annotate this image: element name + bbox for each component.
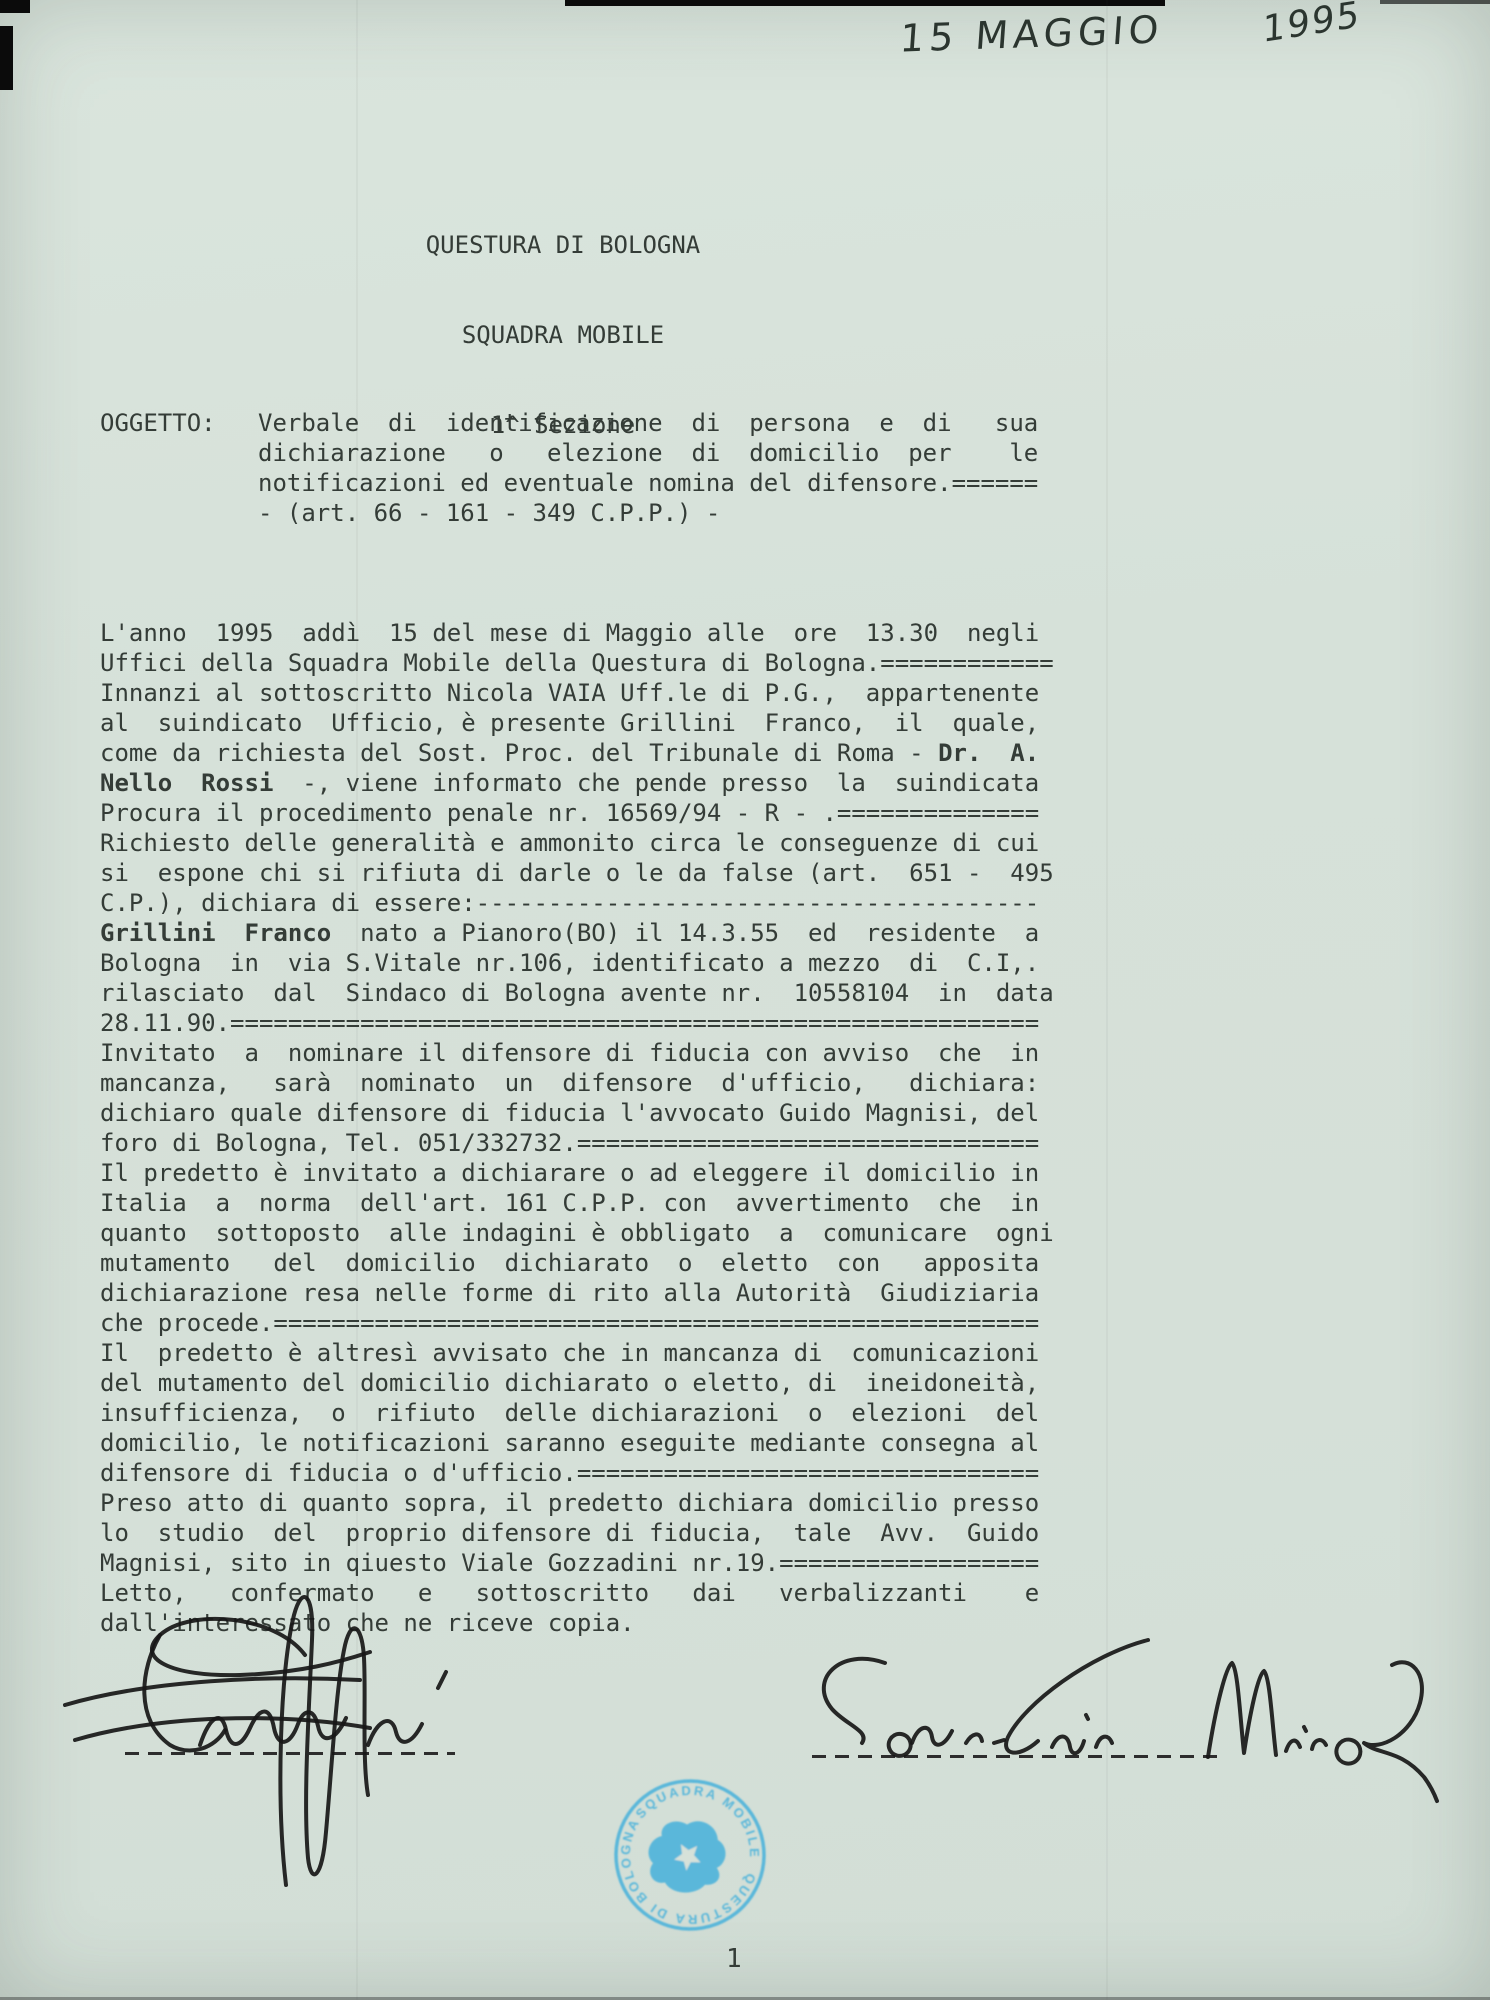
body-line: insufficienza, o rifiuto delle dichiaraz… [100,1398,1054,1428]
body-line: Preso atto di quanto sopra, il predetto … [100,1488,1054,1518]
body-line: al suindicato Ufficio, è presente Grilli… [100,708,1054,738]
oggetto-line: dichiarazione o elezione di domicilio pe… [258,438,1038,468]
page-number: 1 [726,1944,742,1974]
handwritten-date: 15 MAGGIO [899,7,1165,60]
body-line: che procede.============================… [100,1308,1054,1338]
oggetto-line: notificazioni ed eventuale nomina del di… [258,468,1038,498]
scan-artifact [565,0,1165,6]
body-line: 28.11.90.===============================… [100,1008,1054,1038]
body-line: Il predetto è altresì avvisato che in ma… [100,1338,1054,1368]
body-line: C.P.), dichiara di essere:--------------… [100,888,1054,918]
body-line: Uffici della Squadra Mobile della Questu… [100,648,1054,678]
body-line: come da richiesta del Sost. Proc. del Tr… [100,738,1054,768]
scan-artifact [0,0,30,13]
header-org: QUESTURA DI BOLOGNA [424,230,702,260]
scan-artifact [0,26,13,90]
body-line: lo studio del proprio difensore di fiduc… [100,1518,1054,1548]
body-line: si espone chi si rifiuta di darle o le d… [100,858,1054,888]
oggetto-line: - (art. 66 - 161 - 349 C.P.P.) - [258,498,1038,528]
body-line: dichiarazione resa nelle forme di rito a… [100,1278,1054,1308]
body-line: Italia a norma dell'art. 161 C.P.P. con … [100,1188,1054,1218]
body-line: Procura il procedimento penale nr. 16569… [100,798,1054,828]
oggetto-label: OGGETTO: [100,408,216,438]
signature-left-ink [40,1580,470,1900]
body-line: dichiaro quale difensore di fiducia l'av… [100,1098,1054,1128]
body-line: Nello Rossi -, viene informato che pende… [100,768,1054,798]
body-line: mancanza, sarà nominato un difensore d'u… [100,1068,1054,1098]
header-unit: SQUADRA MOBILE [424,320,702,350]
body-line: Magnisi, sito in qiuesto Viale Gozzadini… [100,1548,1054,1578]
body-line: domicilio, le notificazioni saranno eseg… [100,1428,1054,1458]
body-line: foro di Bologna, Tel. 051/332732.=======… [100,1128,1054,1158]
body-line: del mutamento del domicilio dichiarato o… [100,1368,1054,1398]
body-line: mutamento del domicilio dichiarato o ele… [100,1248,1054,1278]
handwritten-year: 1995 [1262,0,1361,51]
body-line: Innanzi al sottoscritto Nicola VAIA Uff.… [100,678,1054,708]
body-lines: L'anno 1995 addì 15 del mese di Maggio a… [100,618,1054,1638]
body-line: Richiesto delle generalità e ammonito ci… [100,828,1054,858]
scanned-document-page: 15 MAGGIO 1995 QUESTURA DI BOLOGNA SQUAD… [0,0,1490,2000]
body-line: difensore di fiducia o d'ufficio.=======… [100,1458,1054,1488]
body-line: Bologna in via S.Vitale nr.106, identifi… [100,948,1054,978]
scan-artifact [1380,0,1490,4]
oggetto-line: Verbale di identificazione di persona e … [258,408,1038,438]
office-stamp: QUESTURA DI BOLOGNA · SQUADRA MOBILE · [600,1765,780,1945]
body-line: rilasciato dal Sindaco di Bologna avente… [100,978,1054,1008]
body-line: Il predetto è invitato a dichiarare o ad… [100,1158,1054,1188]
body-line: L'anno 1995 addì 15 del mese di Maggio a… [100,618,1054,648]
body-line: Invitato a nominare il difensore di fidu… [100,1038,1054,1068]
body-line: Grillini Franco nato a Pianoro(BO) il 14… [100,918,1054,948]
body-line: quanto sottoposto alle indagini è obblig… [100,1218,1054,1248]
oggetto-lines: Verbale di identificazione di persona e … [258,408,1038,528]
signature-right-ink [780,1625,1440,1825]
